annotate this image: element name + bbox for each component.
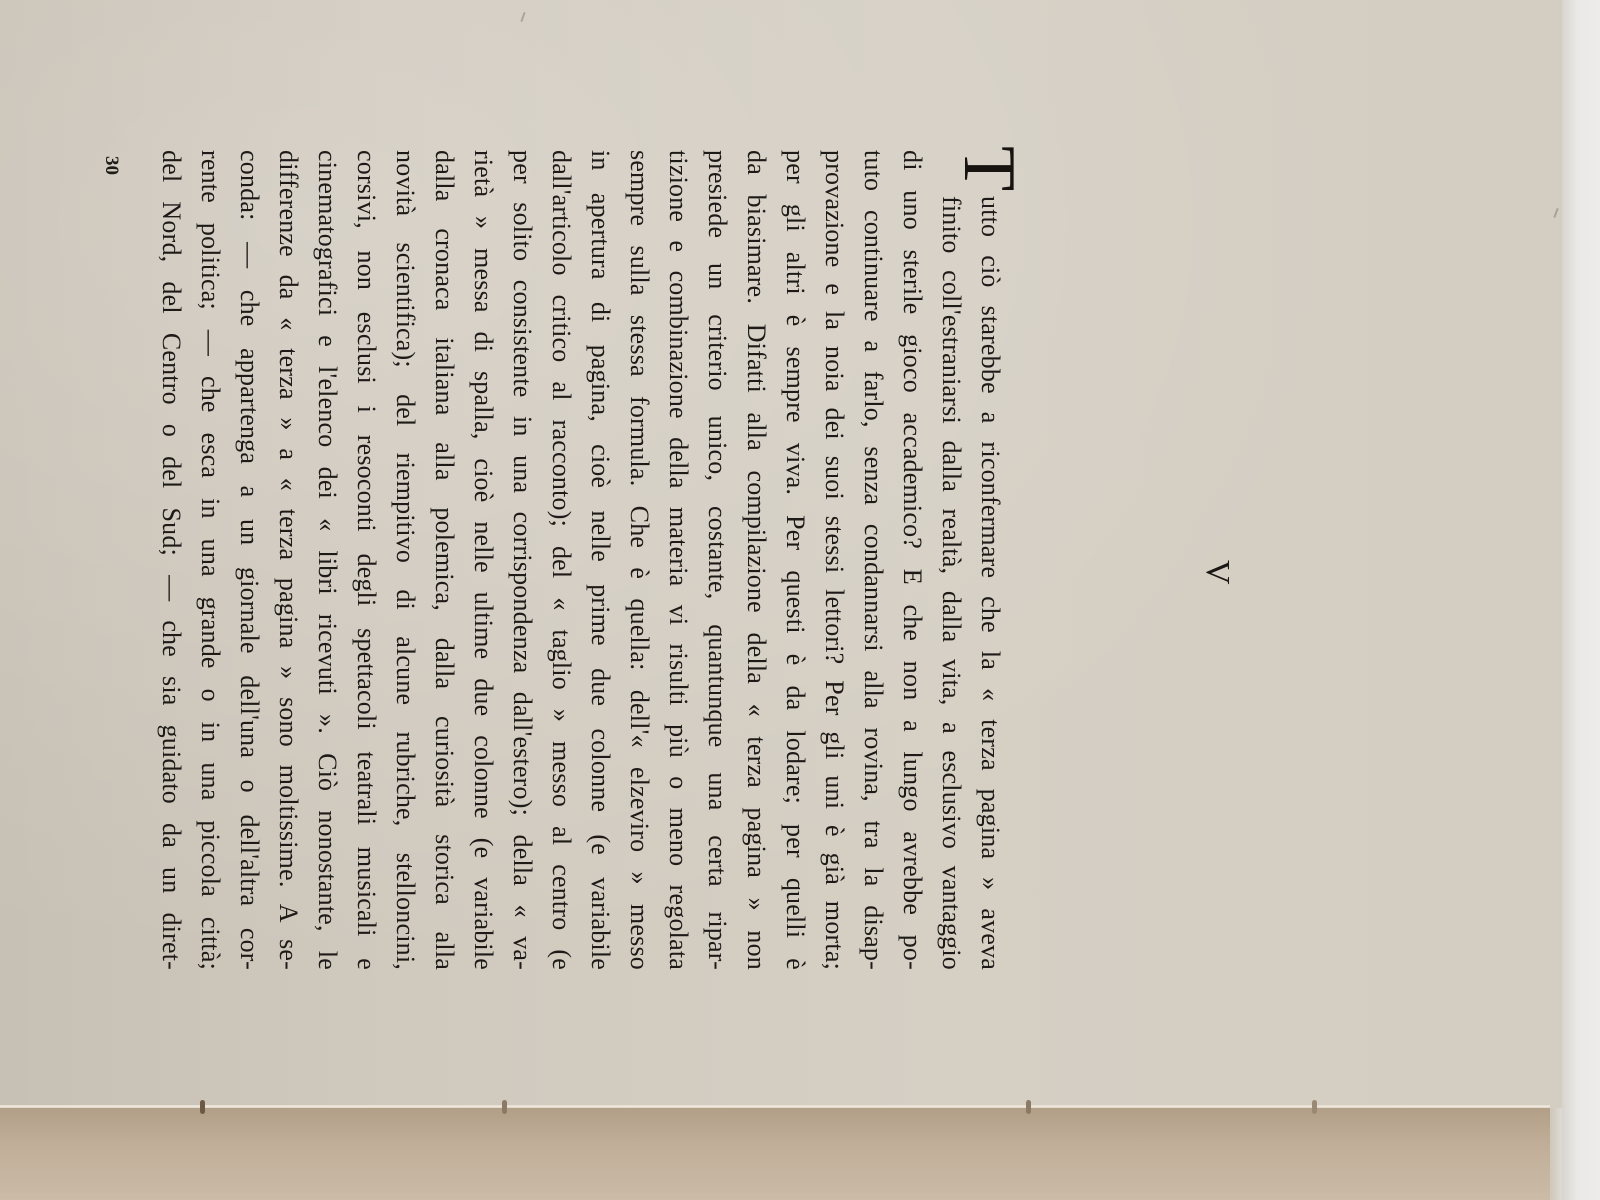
underlying-page — [0, 1108, 1550, 1200]
text-line: differenze da « terza » a « terza pagina… — [269, 150, 308, 970]
body-text: utto ciò starebbe a riconfermare che la … — [152, 150, 1010, 970]
drop-cap: T — [952, 146, 1026, 191]
text-line: utto ciò starebbe a riconfermare che la … — [971, 150, 1010, 970]
text-line: corsivi, non esclusi i resoconti degli s… — [347, 150, 386, 970]
text-line: conda: — che appartenga a un giornale de… — [230, 150, 269, 970]
stitch-hole — [1026, 1100, 1031, 1114]
text-line: presiede un criterio unico, costante, qu… — [698, 150, 737, 970]
text-column: T utto ciò starebbe a riconfermare che l… — [152, 150, 1010, 970]
text-line: provazione e la noia dei suoi stessi let… — [815, 150, 854, 970]
text-line: rente politica; — che esca in una grande… — [191, 150, 230, 970]
text-line: novità scientifica); del riempitivo di a… — [386, 150, 425, 970]
photo-scene: V 30 T utto ciò starebbe a riconfermare … — [0, 0, 1600, 1200]
text-line: dalla cronaca italiana alla polemica, da… — [425, 150, 464, 970]
text-line: del Nord, del Centro o del Sud; — che si… — [152, 150, 191, 970]
text-line: finito coll'estraniarsi dalla realtà, da… — [932, 150, 971, 970]
stitch-hole — [1312, 1100, 1317, 1114]
text-line: per solito consistente in una corrispond… — [503, 150, 542, 970]
text-line: dall'articolo critico al racconto); del … — [542, 150, 581, 970]
text-line: tuto continuare a farlo, senza condannar… — [854, 150, 893, 970]
stitch-hole — [502, 1100, 507, 1114]
text-line: da biasimare. Difatti alla compilazione … — [737, 150, 776, 970]
chapter-heading: V — [1198, 560, 1236, 586]
text-line: sempre sulla stessa formula. Che è quell… — [620, 150, 659, 970]
text-line: in apertura di pagina, cioè nelle prime … — [581, 150, 620, 970]
text-line: per gli altri è sempre viva. Per questi … — [776, 150, 815, 970]
text-line: rietà » messa di spalla, cioè nelle ulti… — [464, 150, 503, 970]
text-line: cinematografici e l'elenco dei « libri r… — [308, 150, 347, 970]
page-edge — [1562, 0, 1600, 1200]
text-line: di uno sterile gioco accademico? E che n… — [893, 150, 932, 970]
text-line: tizione e combinazione della materia vi … — [659, 150, 698, 970]
page-number: 30 — [100, 156, 122, 175]
stitch-hole — [200, 1100, 205, 1114]
